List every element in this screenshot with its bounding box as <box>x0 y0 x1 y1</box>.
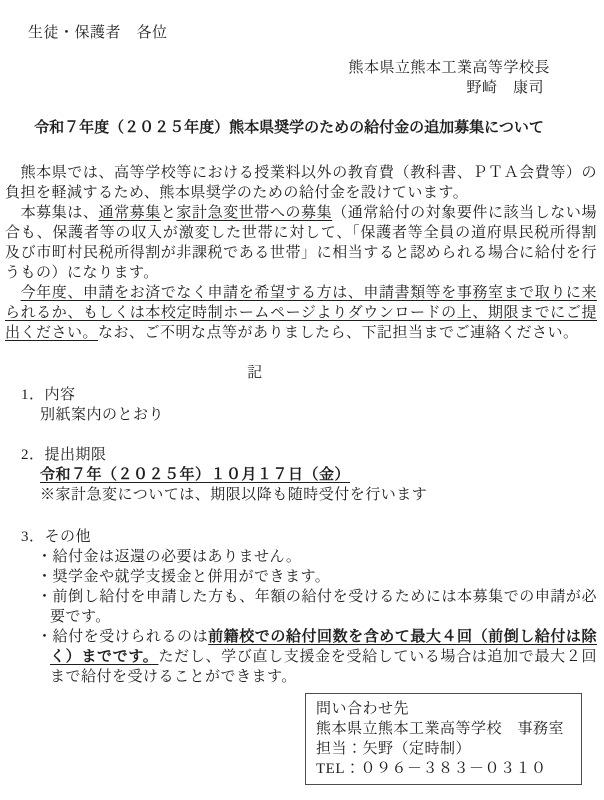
deadline-date: 令和７年（２０２５年）１０月１７日（金） <box>5 465 597 485</box>
contact-tel: TEL：０９６－３８３－０３１０ <box>316 759 573 779</box>
contact-title: 問い合わせ先 <box>316 699 573 719</box>
application-instructions-paragraph: 今年度、申請をお済でなく申請を希望する方は、申請書類等を事務室まで取りに来られる… <box>5 283 597 343</box>
section-3-heading: 3．その他 <box>5 527 597 547</box>
section-other: 3．その他 ・給付金は返還の必要はありません。 ・奨学金や就学支援金と併用ができ… <box>5 527 597 687</box>
document-title: 令和７年度（２０２５年度）熊本県奨学のための給付金の追加募集について <box>5 118 597 138</box>
bullet-item-combination: ・奨学金や就学支援金と併用ができます。 <box>37 567 597 587</box>
contact-office: 熊本県立熊本工業高等学校 事務室 <box>316 719 573 739</box>
section-2-heading: 2．提出期限 <box>5 445 597 465</box>
section-1-number: 1． <box>21 385 45 405</box>
sender-block: 熊本県立熊本工業高等学校長 野崎 康司 <box>5 58 597 98</box>
sender-name: 野崎 康司 <box>5 78 550 98</box>
deadline-note: ※家計急変については、期限以降も随時受付を行います <box>5 485 597 505</box>
document-body: 熊本県では、高等学校等における授業料以外の教育費（教科書、ＰＴＡ会費等）の負担を… <box>5 163 597 343</box>
section-contents: 1．内容 別紙案内のとおり <box>5 385 597 425</box>
section-3-number: 3． <box>21 527 45 547</box>
sender-org: 熊本県立熊本工業高等学校長 <box>5 58 550 78</box>
contact-person: 担当：矢野（定時制） <box>316 739 573 759</box>
contact-box: 問い合わせ先 熊本県立熊本工業高等学校 事務室 担当：矢野（定時制） TEL：０… <box>305 693 582 785</box>
section-3-label: その他 <box>45 529 92 545</box>
bullet-item-early-payment: ・前倒し給付を申請した方も、年額の給付を受けるためには本募集での申請が必要です。 <box>37 587 597 627</box>
section-deadline: 2．提出期限 令和７年（２０２５年）１０月１７日（金） ※家計急変については、期… <box>5 445 597 505</box>
section-1-body: 別紙案内のとおり <box>5 405 597 425</box>
recruitment-types-paragraph: 本募集は、通常募集と家計急変世帯への募集（通常給付の対象要件に該当しない場合も、… <box>5 203 597 283</box>
bullet-item-max-times: ・給付を受けられるのは前籍校での給付回数を含めて最大４回（前倒し給付は除く）まで… <box>37 627 597 687</box>
section-2-label: 提出期限 <box>45 447 107 463</box>
section-2-number: 2． <box>21 445 45 465</box>
notes-bullet-list: ・給付金は返還の必要はありません。 ・奨学金や就学支援金と併用ができます。 ・前… <box>5 547 597 687</box>
intro-paragraph: 熊本県では、高等学校等における授業料以外の教育費（教科書、ＰＴＡ会費等）の負担を… <box>5 163 597 203</box>
record-marker: 記 <box>5 363 597 383</box>
bullet-item-no-repayment: ・給付金は返還の必要はありません。 <box>37 547 597 567</box>
section-1-heading: 1．内容 <box>5 385 597 405</box>
section-1-label: 内容 <box>45 387 76 403</box>
recipient-line: 生徒・保護者 各位 <box>28 23 597 43</box>
document-page: 生徒・保護者 各位 熊本県立熊本工業高等学校長 野崎 康司 令和７年度（２０２５… <box>0 0 604 800</box>
